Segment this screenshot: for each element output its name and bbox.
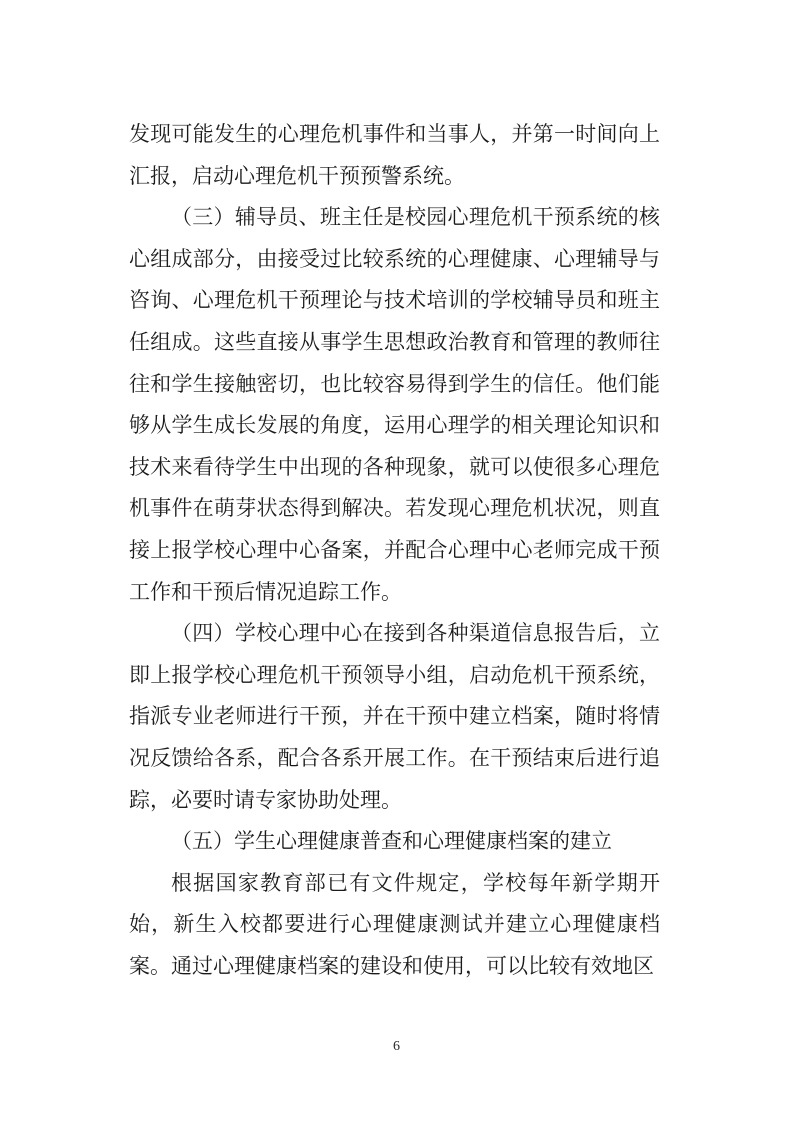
- paragraph-section-5-heading: （五）学生心理健康普查和心理健康档案的建立: [129, 821, 660, 863]
- paragraph-section-4: （四）学校心理中心在接到各种渠道信息报告后，立即上报学校心理危机干预领导小组，启…: [129, 613, 660, 821]
- paragraph-section-3: （三）辅导员、班主任是校园心理危机干预系统的核心组成部分，由接受过比较系统的心理…: [129, 197, 660, 613]
- document-page: 发现可能发生的心理危机事件和当事人，并第一时间向上汇报，启动心理危机干预预警系统…: [0, 0, 793, 1122]
- paragraph-continuation: 发现可能发生的心理危机事件和当事人，并第一时间向上汇报，启动心理危机干预预警系统…: [129, 114, 660, 197]
- page-footer: 6: [0, 1038, 793, 1056]
- body-text: 发现可能发生的心理危机事件和当事人，并第一时间向上汇报，启动心理危机干预预警系统…: [129, 114, 660, 987]
- page-number: 6: [393, 1039, 400, 1054]
- paragraph-section-5-body: 根据国家教育部已有文件规定，学校每年新学期开始，新生入校都要进行心理健康测试并建…: [129, 863, 660, 988]
